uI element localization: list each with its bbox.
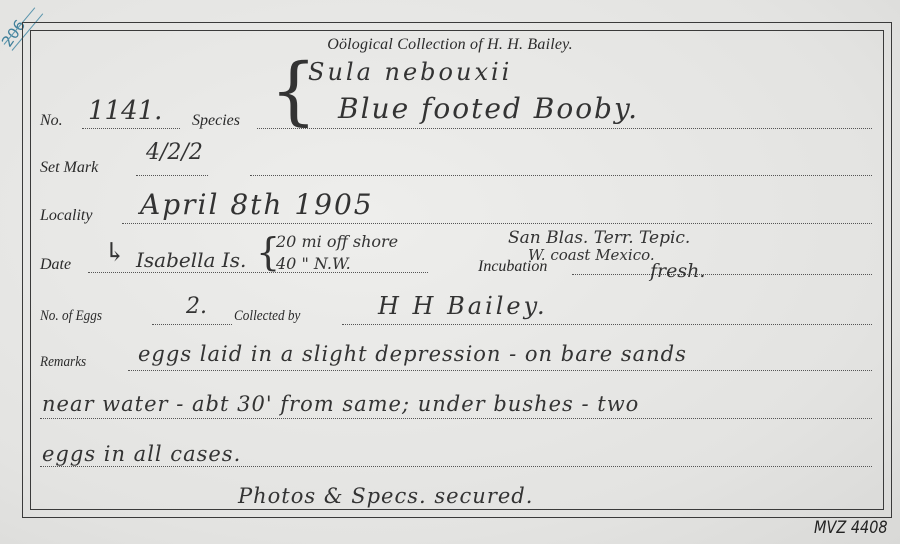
no-of-eggs-label: No. of Eggs bbox=[40, 308, 102, 325]
locality-label: Locality bbox=[40, 207, 92, 225]
incubation-label: Incubation bbox=[478, 258, 547, 276]
card-title: Oölogical Collection of H. H. Bailey. bbox=[0, 36, 900, 54]
set-mark-line bbox=[136, 175, 208, 176]
no-of-eggs-line bbox=[152, 324, 232, 325]
incubation-value: fresh. bbox=[650, 260, 705, 282]
no-line bbox=[82, 128, 180, 129]
species-label: Species bbox=[192, 112, 240, 130]
date-place: San Blas. Terr. Tepic. bbox=[508, 228, 690, 248]
set-mark-line-right bbox=[250, 175, 872, 176]
date-value: Isabella Is. bbox=[136, 248, 246, 272]
set-mark-value: 4/2/2 bbox=[146, 140, 203, 165]
date-label: Date bbox=[40, 256, 71, 274]
locality-value: April 8th 1905 bbox=[140, 188, 374, 221]
remarks-line-3 bbox=[40, 466, 872, 467]
no-label: No. bbox=[40, 112, 63, 130]
remarks-footer: Photos & Specs. secured. bbox=[238, 484, 533, 508]
locality-line bbox=[122, 223, 872, 224]
date-distance-2: 40 " N.W. bbox=[276, 254, 351, 273]
set-mark-label: Set Mark bbox=[40, 159, 98, 177]
species-line bbox=[257, 128, 872, 129]
species-scientific: Sula nebouxii bbox=[308, 58, 512, 86]
remarks-line-3-text: eggs in all cases. bbox=[42, 442, 241, 466]
date-distance-1: 20 mi off shore bbox=[276, 232, 398, 251]
remarks-label: Remarks bbox=[40, 354, 86, 371]
date-arrow: ↳ bbox=[104, 238, 126, 268]
collected-by-line bbox=[342, 324, 872, 325]
remarks-line-2 bbox=[40, 418, 872, 419]
no-value: 1141. bbox=[88, 96, 162, 126]
species-common: Blue footed Booby. bbox=[338, 92, 639, 125]
remarks-line-2-text: near water - abt 30' from same; under bu… bbox=[42, 392, 639, 416]
no-of-eggs-value: 2. bbox=[186, 294, 207, 319]
collected-by-label: Collected by bbox=[234, 308, 300, 325]
catalog-number: MVZ 4408 bbox=[814, 518, 888, 538]
remarks-line-1 bbox=[128, 370, 872, 371]
remarks-line-1-text: eggs laid in a slight depression - on ba… bbox=[138, 342, 687, 366]
specimen-card: 206 Oölogical Collection of H. H. Bailey… bbox=[0, 0, 900, 544]
incubation-line bbox=[572, 274, 872, 275]
collected-by-value: H H Bailey. bbox=[378, 292, 548, 320]
